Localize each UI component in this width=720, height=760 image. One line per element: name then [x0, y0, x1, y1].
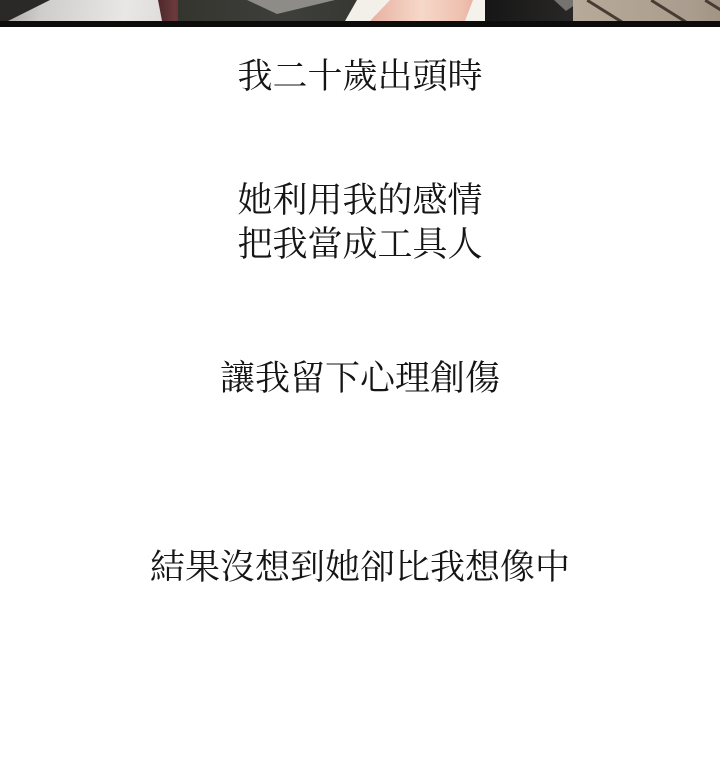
narration-line: 我二十歲出頭時 [0, 55, 720, 99]
narration-line: 她利用我的感情 [0, 179, 720, 223]
comic-page: 我二十歲出頭時 她利用我的感情 把我當成工具人 讓我留下心理創傷 結果沒想到她卻… [0, 0, 720, 760]
narration-block-2: 她利用我的感情 把我當成工具人 [0, 179, 720, 267]
comic-panel-strip [0, 0, 720, 27]
narration-block-4: 結果沒想到她卻比我想像中 [0, 546, 720, 590]
narration-block-3: 讓我留下心理創傷 [0, 357, 720, 401]
narration-block-1: 我二十歲出頭時 [0, 55, 720, 99]
narration-line: 讓我留下心理創傷 [0, 357, 720, 401]
panel-bottom-border [0, 21, 720, 27]
narration-line: 結果沒想到她卻比我想像中 [0, 546, 720, 590]
narration-line: 把我當成工具人 [0, 223, 720, 267]
